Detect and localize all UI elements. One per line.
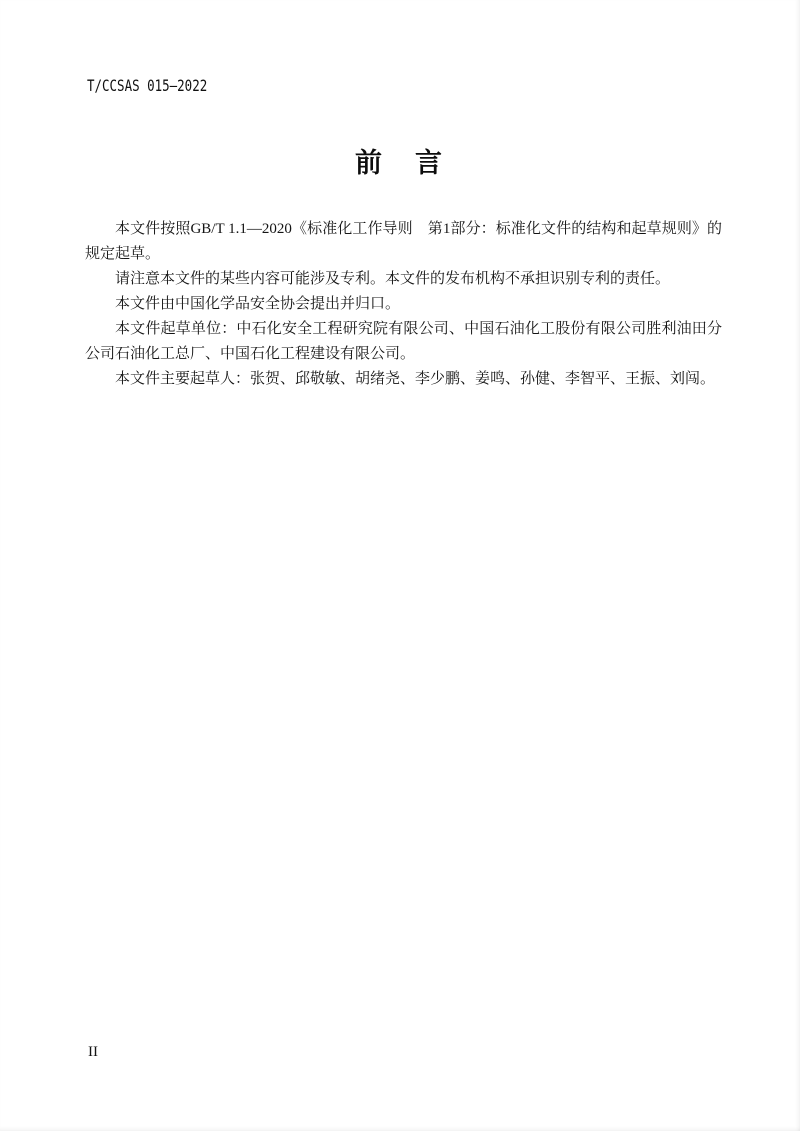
foreword-paragraph-drafting-organizations: 本文件起草单位：中石化安全工程研究院有限公司、中国石油化工股份有限公司胜利油田分…: [85, 317, 722, 367]
foreword-body: 本文件按照GB/T 1.1—2020《标准化工作导则 第1部分：标准化文件的结构…: [85, 217, 722, 392]
foreword-paragraph-patent-notice: 请注意本文件的某些内容可能涉及专利。本文件的发布机构不承担识别专利的责任。: [85, 267, 722, 292]
document-page: T/CCSAS 015—2022 前 言 本文件按照GB/T 1.1—2020《…: [0, 0, 800, 1131]
foreword-paragraph-drafting-rules: 本文件按照GB/T 1.1—2020《标准化工作导则 第1部分：标准化文件的结构…: [85, 217, 722, 267]
foreword-paragraph-drafters: 本文件主要起草人：张贺、邱敬敏、胡绪尧、李少鹏、姜鸣、孙健、李智平、王振、刘闯。: [85, 367, 722, 392]
standard-code-header: T/CCSAS 015—2022: [87, 76, 207, 95]
foreword-title: 前 言: [0, 141, 800, 180]
foreword-paragraph-proposing-body: 本文件由中国化学品安全协会提出并归口。: [85, 292, 722, 317]
page-number: II: [88, 1044, 98, 1061]
